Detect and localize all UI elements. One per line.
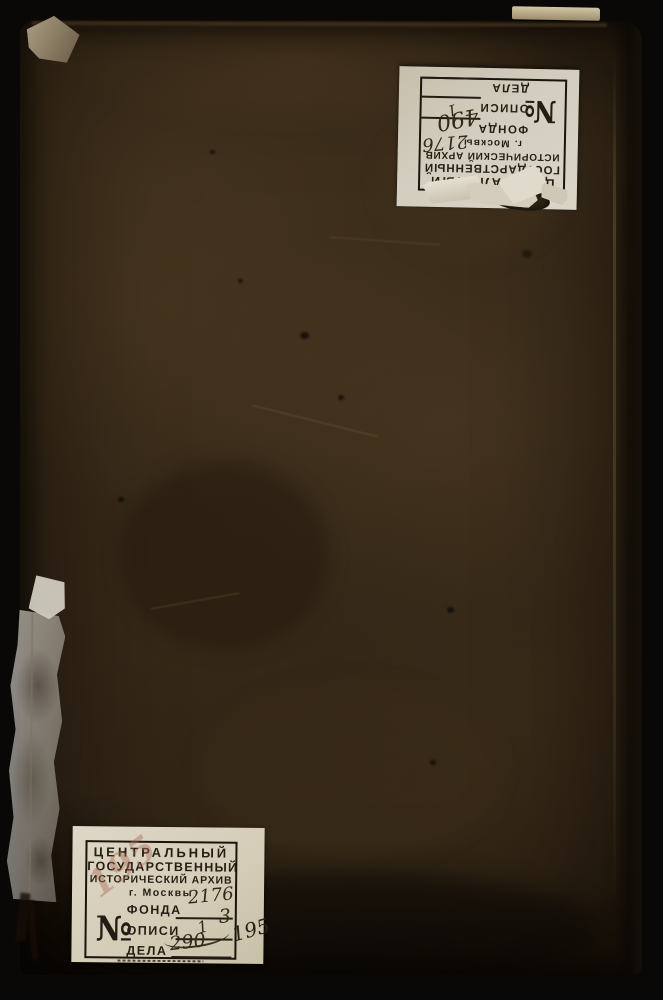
board-edge-highlight [613,55,616,905]
dela-row-label: ДЕЛА [491,81,529,94]
tape-crease [28,610,33,902]
leather-speck [447,607,454,613]
dela-row-label: ДЕЛА [126,944,167,958]
bottom-archive-label: ЦЕНТРАЛЬНЫЙ ГОСУДАРСТВЕННЫЙ ИСТОРИЧЕСКИЙ… [71,826,264,964]
cover-right-edge-shadow [614,21,642,975]
fonda-row-label: ФОНДА [127,903,182,918]
printers-mark [117,959,203,962]
leather-speck [522,250,532,258]
leather-speck [210,150,215,154]
leather-speck [300,332,309,339]
leather-speck [238,279,243,283]
leather-speck [430,760,436,765]
opisi-row-label: ОПИСИ [479,101,529,114]
page-block-edge [512,6,600,21]
fonda-value-handwritten: 2176 [421,131,468,153]
archive-book-photo: ЦЕНТРАЛЬНЫЙ ГОСУДАРСТВЕННЫЙ ИСТОРИЧЕСКИЙ… [0,0,663,1000]
number-sign: № [524,95,557,126]
fonda-row-label: ФОНДА [477,122,528,135]
leather-speck [338,395,344,400]
leather-scratch [252,404,379,437]
leather-speck [118,497,124,502]
fonda-value-handwritten: 2176 [187,885,234,907]
leather-mottling [120,461,330,651]
